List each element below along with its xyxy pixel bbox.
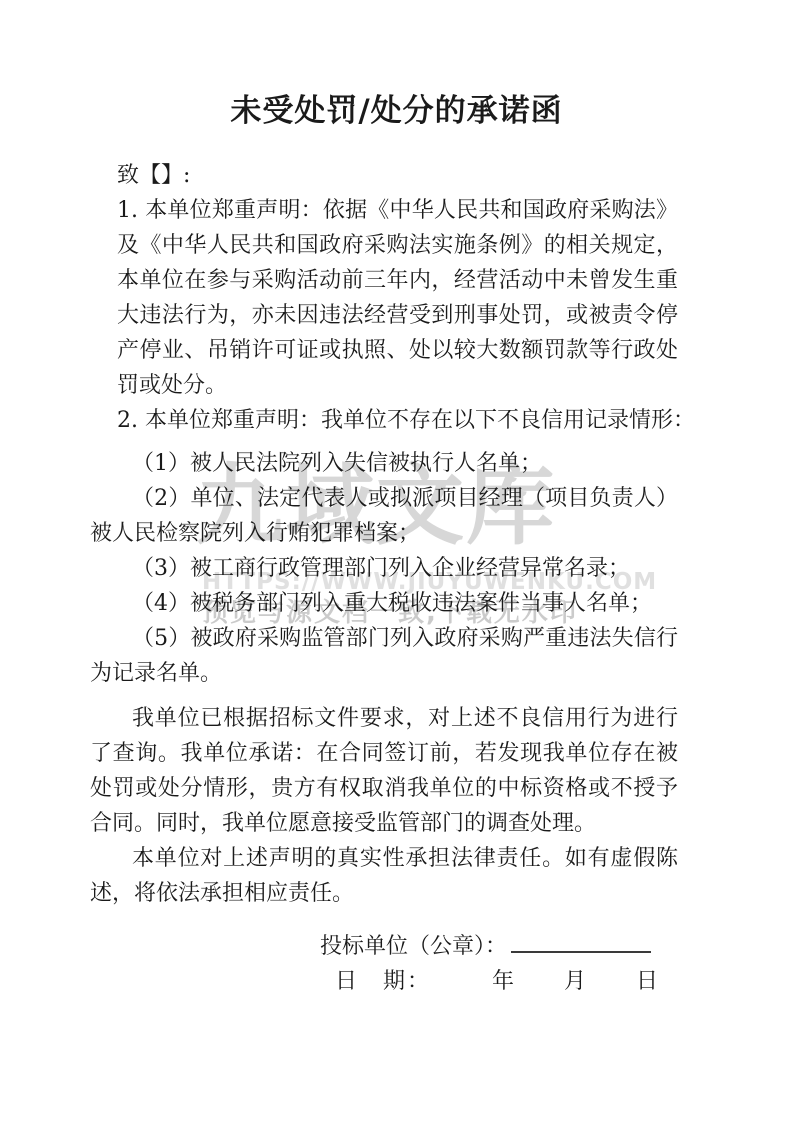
signature-row: 投标单位（公章）： — [320, 927, 678, 964]
credit-record-item: （1）被人民法院列入失信被执行人名单； — [90, 446, 678, 481]
credit-record-item: （4）被税务部门列入重大税收违法案件当事人名单； — [90, 586, 678, 621]
document-page: 九域文库 HTTPS://WWW.JIUYUWENKU.COM 预览与源文档一致… — [0, 0, 793, 1122]
credit-record-item: （5）被政府采购监管部门列入政府采购严重违法失信行为记录名单。 — [90, 621, 678, 691]
paragraph-query-commitment: 我单位已根据招标文件要求，对上述不良信用行为进行了查询。我单位承诺：在合同签订前… — [90, 701, 678, 841]
signature-label: 投标单位（公章）： — [320, 934, 507, 959]
credit-record-item: （2）单位、法定代表人或拟派项目经理（项目负责人）被人民检察院列入行贿犯罪档案； — [90, 481, 678, 551]
paragraph-legal-liability: 本单位对上述声明的真实性承担法律责任。如有虚假陈述，将依法承担相应责任。 — [90, 841, 678, 911]
date-line: 日 期： 年 月 日 — [335, 964, 678, 999]
document-title: 未受处罚/处分的承诺函 — [0, 88, 793, 134]
credit-record-item: （3）被工商行政管理部门列入企业经营异常名录； — [90, 551, 678, 586]
signature-blank-line — [511, 927, 651, 953]
credit-record-list: （1）被人民法院列入失信被执行人名单； （2）单位、法定代表人或拟派项目经理（项… — [90, 446, 678, 691]
salutation-line: 致【】: — [117, 158, 678, 193]
paragraph-declaration-2-intro: 2. 本单位郑重声明：我单位不存在以下不良信用记录情形： — [117, 403, 678, 438]
document-body: 致【】: 1. 本单位郑重声明：依据《中华人民共和国政府采购法》及《中华人民共和… — [90, 158, 678, 999]
paragraph-declaration-1: 1. 本单位郑重声明：依据《中华人民共和国政府采购法》及《中华人民共和国政府采购… — [117, 193, 678, 403]
